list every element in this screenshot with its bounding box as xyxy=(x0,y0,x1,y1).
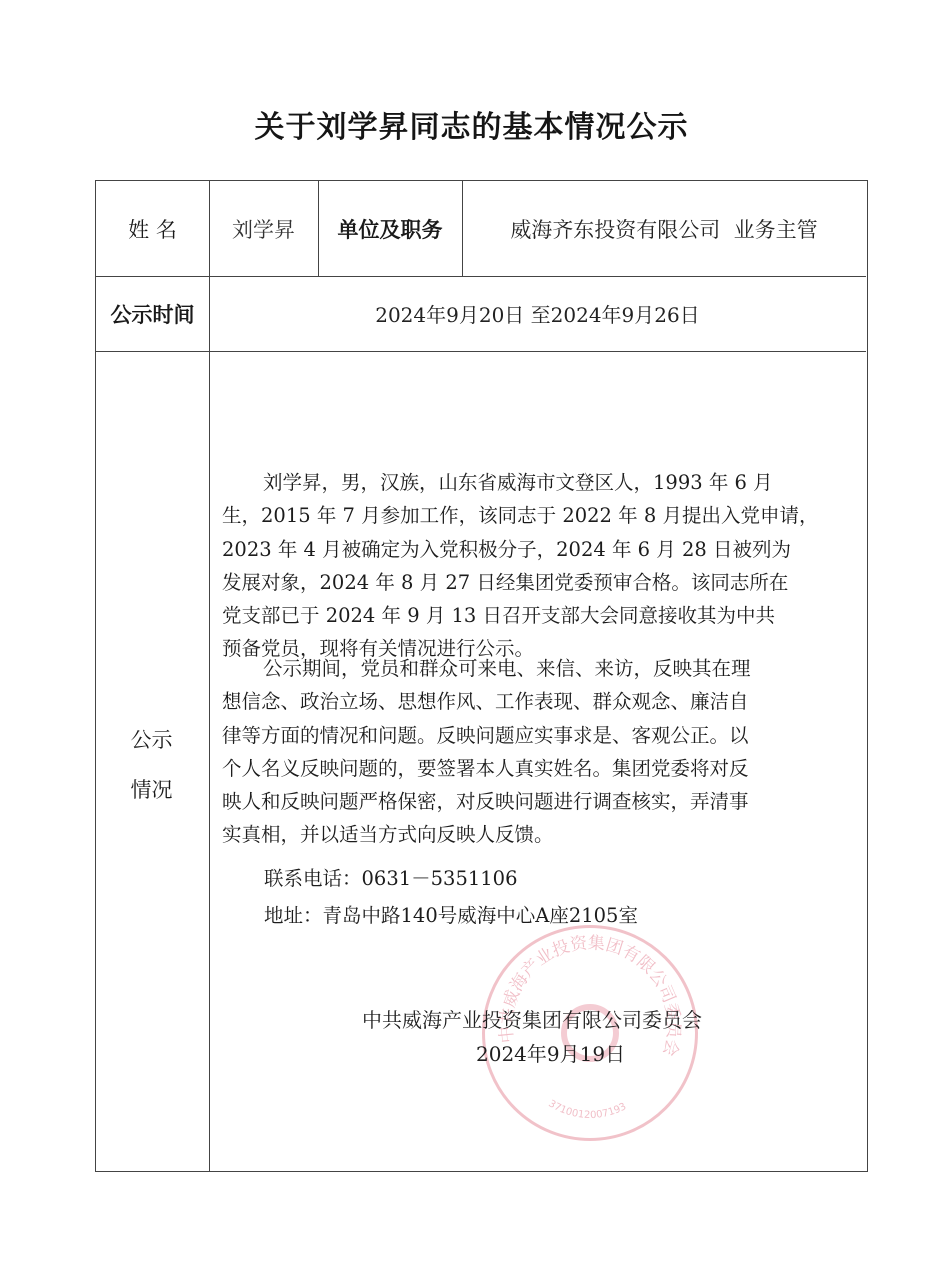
body-paragraph-2: 公示期间，党员和群众可来电、来信、来访，反映其在理 想信念、政治立场、思想作风、… xyxy=(222,652,837,852)
text-line: 映人和反映问题严格保密，对反映问题进行调查核实，弄清事 xyxy=(222,785,837,818)
body-paragraph-1: 刘学昇，男，汉族，山东省威海市文登区人，1993 年 6 月 生，2015 年 … xyxy=(222,466,837,666)
text-line: 生，2015 年 7 月参加工作，该同志于 2022 年 8 月提出入党申请， xyxy=(222,499,837,532)
period-label: 公示时间 xyxy=(96,276,209,351)
text-line: 刘学昇，男，汉族，山东省威海市文登区人，1993 年 6 月 xyxy=(222,466,837,499)
text-line: 实真相，并以适当方式向反映人反馈。 xyxy=(222,818,837,851)
period-value: 2024年9月20日 至2024年9月26日 xyxy=(209,276,866,351)
text-line: 党支部已于 2024 年 9 月 13 日召开支部大会同意接收其为中共 xyxy=(222,599,837,632)
text-line: 发展对象，2024 年 8 月 27 日经集团党委预审合格。该同志所在 xyxy=(222,566,837,599)
name-label: 姓 名 xyxy=(96,181,209,276)
document-title: 关于刘学昇同志的基本情况公示 xyxy=(0,102,943,146)
unit-position-label: 单位及职务 xyxy=(318,181,462,276)
unit-position-value: 威海齐东投资有限公司 业务主管 xyxy=(462,181,866,276)
text-line: 公示期间，党员和群众可来电、来信、来访，反映其在理 xyxy=(222,652,837,685)
name-value: 刘学昇 xyxy=(209,181,318,276)
situation-label-line1: 公示 xyxy=(95,724,208,754)
address-label: 地址： xyxy=(264,904,323,927)
signature-organization: 中共威海产业投资集团有限公司委员会 xyxy=(362,1004,702,1033)
contact-address: 地址：青岛中路140号威海中心A座2105室 xyxy=(264,899,879,932)
text-line: 律等方面的情况和问题。反映问题应实事求是、客观公正。以 xyxy=(222,719,837,752)
signature-date: 2024年9月19日 xyxy=(476,1038,625,1067)
address-value: 青岛中路140号威海中心A座2105室 xyxy=(323,904,638,927)
text-line: 2023 年 4 月被确定为入党积极分子，2024 年 6 月 28 日被列为 xyxy=(222,533,837,566)
text-line: 想信念、政治立场、思想作风、工作表现、群众观念、廉洁自 xyxy=(222,685,837,718)
text-line: 个人名义反映问题的，要签署本人真实姓名。集团党委将对反 xyxy=(222,752,837,785)
situation-label-line2: 情况 xyxy=(95,774,208,804)
contact-phone: 联系电话：0631－5351106 xyxy=(264,862,879,895)
row-divider xyxy=(96,351,866,352)
phone-label: 联系电话： xyxy=(264,867,362,890)
phone-value: 0631－5351106 xyxy=(362,867,518,890)
